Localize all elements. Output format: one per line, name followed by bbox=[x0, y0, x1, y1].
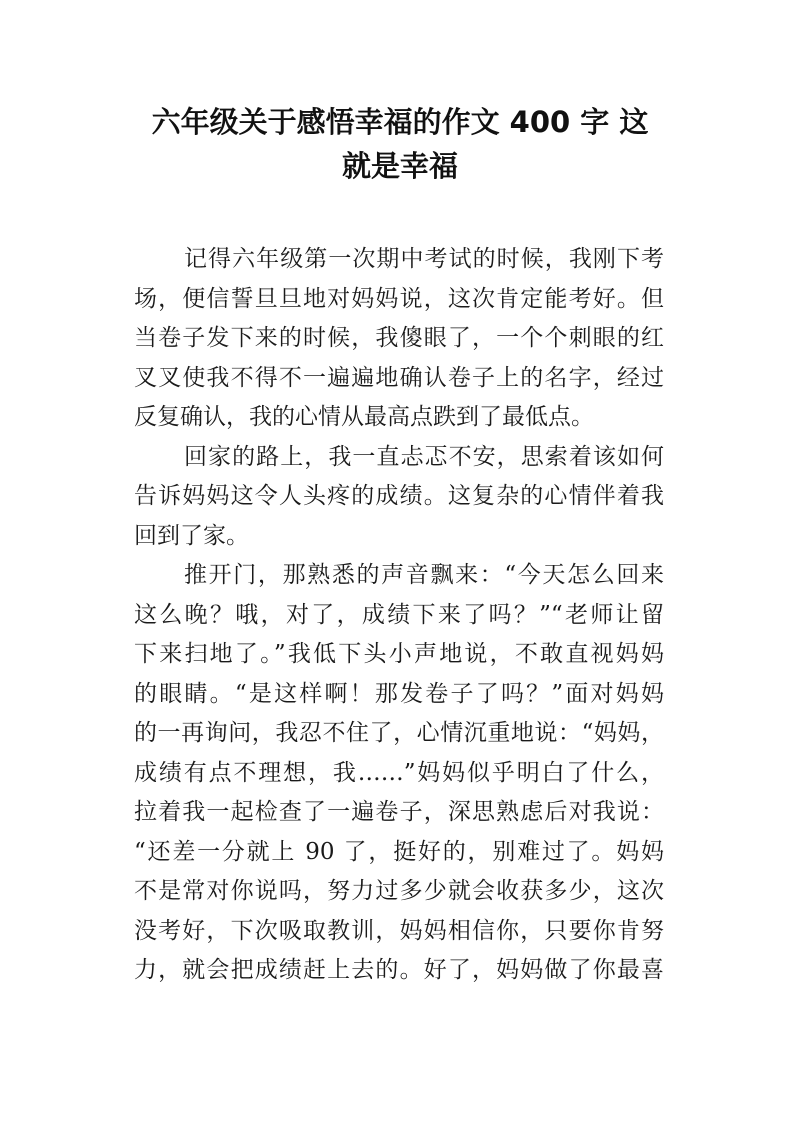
document-page: 六年级关于感悟幸福的作文 400 字 这 就是幸福 记得六年级第一次期中考试的时… bbox=[0, 0, 800, 1132]
document-body: 记得六年级第一次期中考试的时候，我刚下考场，便信誓旦旦地对妈妈说，这次肯定能考好… bbox=[134, 240, 664, 991]
document-title: 六年级关于感悟幸福的作文 400 字 这 就是幸福 bbox=[110, 100, 690, 188]
text-line: 不是常对你说吗，努力过多少就会收获多少，这次 bbox=[134, 872, 664, 912]
text-line: 告诉妈妈这令人头疼的成绩。这复杂的心情伴着我 bbox=[134, 477, 664, 517]
text-line: 当卷子发下来的时候，我傻眼了，一个个刺眼的红 bbox=[134, 319, 664, 359]
text-line: 回到了家。 bbox=[134, 517, 664, 557]
text-line: 的眼睛。“是这样啊！那发卷子了吗？”面对妈妈 bbox=[134, 675, 664, 715]
text-line: 力，就会把成绩赶上去的。好了，妈妈做了你最喜 bbox=[134, 951, 664, 991]
text-line: 叉叉使我不得不一遍遍地确认卷子上的名字，经过 bbox=[134, 359, 664, 399]
text-line: 的一再询问，我忍不住了，心情沉重地说：“妈妈， bbox=[134, 714, 664, 754]
title-line-1: 六年级关于感悟幸福的作文 400 字 这 bbox=[110, 100, 690, 144]
text-line: 下来扫地了。”我低下头小声地说，不敢直视妈妈 bbox=[134, 635, 664, 675]
text-line: 这么晚？哦，对了，成绩下来了吗？”“老师让留 bbox=[134, 596, 664, 636]
text-line: 回家的路上，我一直忐忑不安，思索着该如何 bbox=[134, 438, 664, 478]
title-line-2: 就是幸福 bbox=[110, 144, 690, 188]
text-line: 拉着我一起检查了一遍卷子，深思熟虑后对我说： bbox=[134, 793, 664, 833]
text-line: 记得六年级第一次期中考试的时候，我刚下考 bbox=[134, 240, 664, 280]
text-line: 没考好，下次吸取教训，妈妈相信你，只要你肯努 bbox=[134, 912, 664, 952]
text-line: 场，便信誓旦旦地对妈妈说，这次肯定能考好。但 bbox=[134, 280, 664, 320]
text-line: “还差一分就上 90 了，挺好的，别难过了。妈妈 bbox=[134, 833, 664, 873]
text-line: 推开门，那熟悉的声音飘来：“今天怎么回来 bbox=[134, 556, 664, 596]
text-line: 成绩有点不理想，我……”妈妈似乎明白了什么， bbox=[134, 754, 664, 794]
text-line: 反复确认，我的心情从最高点跌到了最低点。 bbox=[134, 398, 664, 438]
